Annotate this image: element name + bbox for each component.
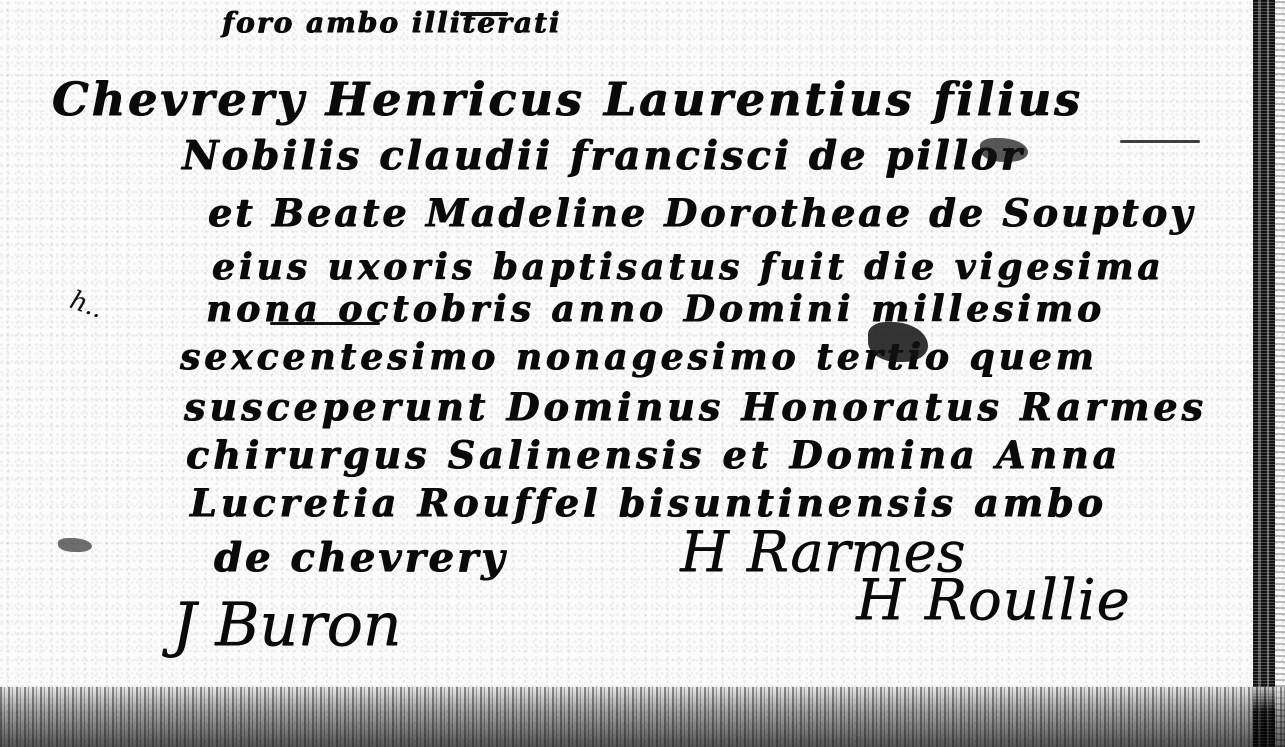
- text-line-3: Nobilis claudii francisci de pillor: [182, 132, 1025, 179]
- pen-stroke: [270, 322, 380, 325]
- page-binding-edge: [1253, 0, 1275, 747]
- text-line-5: eius uxoris baptisatus fuit die vigesima: [212, 246, 1165, 288]
- signature-buron: J Buron: [172, 590, 401, 660]
- text-line-10: Lucretia Rouffel bisuntinensis ambo: [190, 480, 1107, 525]
- text-line-7: sexcentesimo nonagesimo tertio quem: [180, 336, 1098, 378]
- text-line-11: de chevrery: [214, 534, 507, 581]
- page-edge-noise: [1275, 0, 1285, 747]
- document-scan: foro ambo illiterati Chevrery Henricus L…: [0, 0, 1285, 747]
- pen-stroke: [1120, 140, 1200, 143]
- scan-bottom-noise: [0, 687, 1285, 747]
- pen-stroke: [460, 12, 508, 16]
- text-line-8: susceperunt Dominus Honoratus Rarmes: [184, 384, 1207, 429]
- text-line-1: foro ambo illiterati: [222, 6, 561, 39]
- signature-roullie: H Roullie: [856, 568, 1130, 633]
- text-line-9: chirurgus Salinensis et Domina Anna: [186, 432, 1121, 477]
- ink-speck: [58, 538, 92, 552]
- text-line-2: Chevrery Henricus Laurentius filius: [52, 72, 1083, 126]
- text-line-4: et Beate Madeline Dorotheae de Souptoy: [208, 190, 1195, 235]
- margin-note: h..: [66, 285, 108, 325]
